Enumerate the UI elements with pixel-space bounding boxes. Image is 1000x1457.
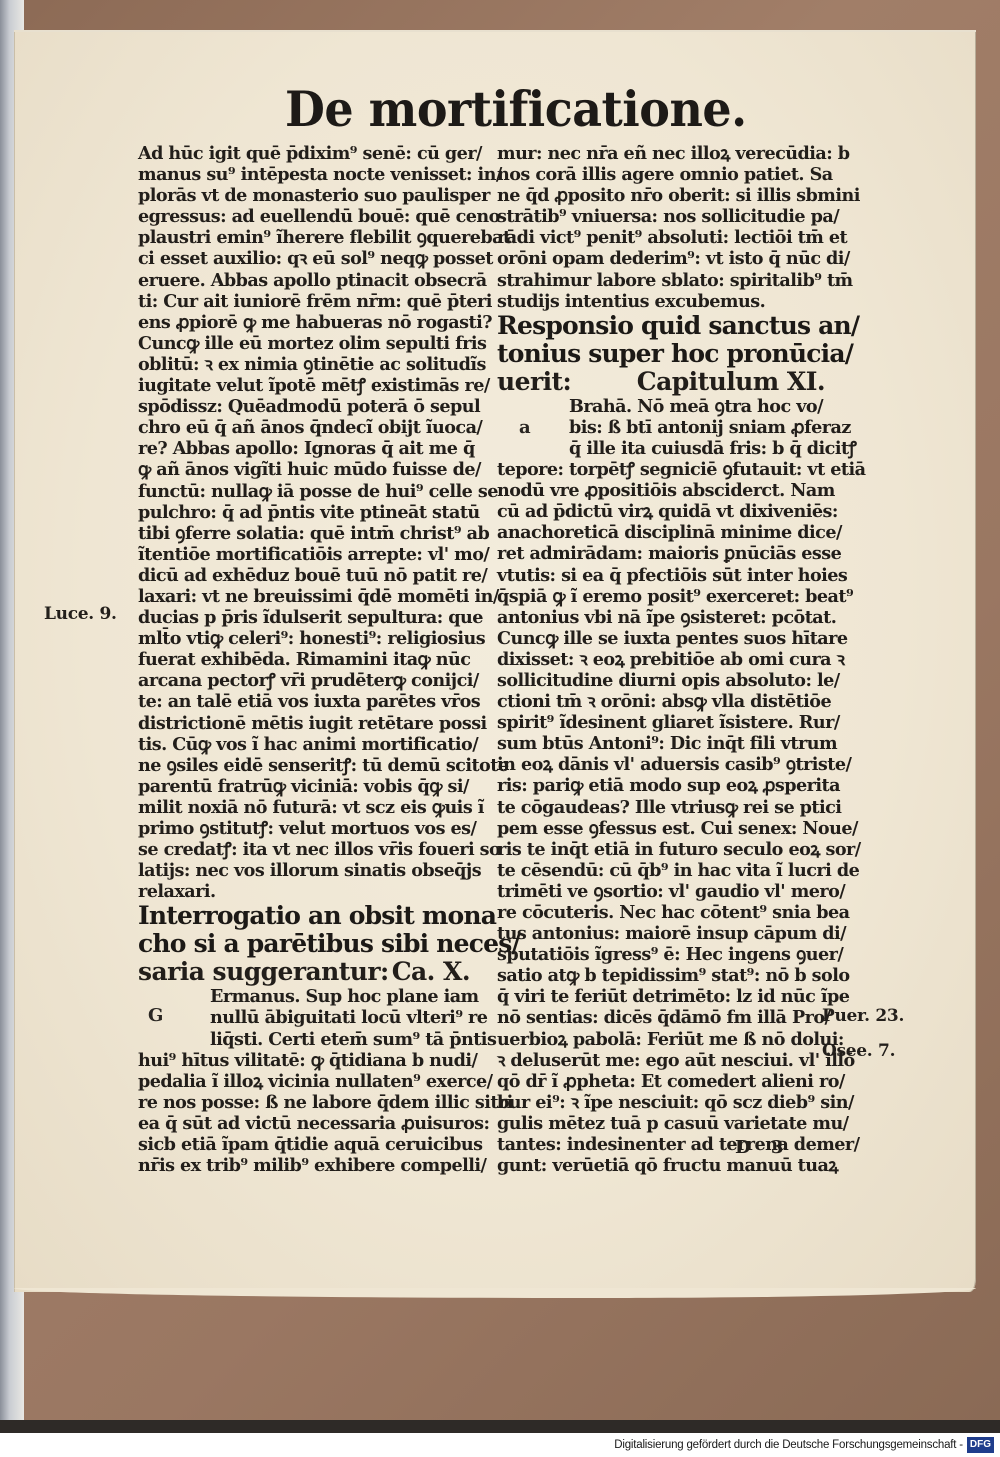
text-line: ci esset auxilio: qꝛ eū sol⁹ neqꝙ posset <box>138 248 470 269</box>
text-line: Ermanus. Sup hoc plane iam <box>138 986 470 1007</box>
text-line: antonius vbi nā ĩpe ꝯsisteret: pcōtat. <box>497 607 825 628</box>
text-line: G nullū ābiguitati locū vlteri⁹ re <box>138 1007 470 1028</box>
chapter-number: Ca. X. <box>392 958 470 986</box>
text-line: ĩtentiōe mortificatiōis arrepte: vl' mo/ <box>138 544 470 565</box>
text-line: oblitū: ꝛ ex nimia ꝯtinētie ac solitudĩs <box>138 354 470 375</box>
text-line: q̄spiā ꝙ ĩ eremo posit⁹ exerceret: beat⁹ <box>497 586 825 607</box>
text-line: ris: pariꝙ etiā modo sup eoꝝ ꝓsperita <box>497 775 825 796</box>
text-line: tepore: torpētꝭ segniciē ꝯfutauit: vt et… <box>497 459 825 480</box>
text-line: Ad hūc igit quē p̄dixim⁹ senē: cū ger/ <box>138 143 470 164</box>
text-line: pulchro: q̄ ad p̄ntis vite ptineāt statū <box>138 502 470 523</box>
text-line: q̄ ille ita cuiusdā fris: b q̄ dicitꝭ <box>497 438 825 459</box>
text-line: gunt: verūetiā qō fructu manuū tuaꝝ <box>497 1155 825 1176</box>
text-line: milit noxiā nō futurā: vt scz eis ꝙuis ĩ <box>138 797 470 818</box>
text-line: cū ad p̄dictū virꝝ quidā vt dixiveniēs: <box>497 501 825 522</box>
chapter-heading-line: saria suggerantur: <box>138 958 389 986</box>
text-line: ne q̄d ꝓposito nr̄o oberit: si illis sbm… <box>497 185 825 206</box>
margin-note-luke: Luce. 9. <box>44 604 117 624</box>
margin-note-hosea: Osee. 7. <box>822 1041 895 1061</box>
text-line-content: nullū ābiguitati locū vlteri⁹ re <box>210 1007 487 1028</box>
scanned-book-page: ​ De mortificatione. Ad hūc igit quē p̄d… <box>0 0 1000 1433</box>
text-line: gulis mētez tuā p casuū varietate mu/ <box>497 1113 825 1134</box>
text-line: vtutis: si ea q̄ pfectiōis sūt inter hoi… <box>497 565 825 586</box>
text-line: Brahā. Nō meā ꝯtra hoc vo/ <box>497 396 825 417</box>
text-line: in eoꝝ dānis vl' aduersis casib⁹ ꝯtriste… <box>497 754 825 775</box>
guide-letter: a <box>519 417 530 438</box>
text-line: arcana pectorꝭ vr̄i prudēterꝙ conijci/ <box>138 670 470 691</box>
margin-note-proverbs: Puer. 23. <box>822 1006 904 1026</box>
text-line-content: bis: ß btī antonij sniam ꝓferaz <box>569 417 851 438</box>
text-line: ris te inq̄t etiā in futuro seculo eoꝝ s… <box>497 839 825 860</box>
text-line: laxari: vt ne breuissimi q̄dē momēti in/ <box>138 586 470 607</box>
text-line: studijs intentius excubemus. <box>497 291 825 312</box>
text-line: eruere. Abbas apollo ptinacit obsecrā <box>138 270 470 291</box>
text-line: trimēti ve ꝯsortio: vl' gaudio vl' mero/ <box>497 881 825 902</box>
text-line: ctioni tm̄ ꝛ orōni: absꝙ vlla distētiōe <box>497 691 825 712</box>
text-line: satio atꝙ b tepidissim⁹ stat⁹: nō b solo <box>497 965 825 986</box>
text-line: ꝙ añ ānos vigĩti huic mūdo fuisse de/ <box>138 459 470 480</box>
text-line-content: liq̄sti. Certi etem̄ sum⁹ tā p̄ntis <box>210 1029 496 1050</box>
right-text-column: mur: nec nr̄a eñ nec illoꝝ verecūdia: b … <box>497 143 825 1176</box>
text-line: tus antonius: maiorē insup cāpum di/ <box>497 923 825 944</box>
signature-mark: D 3 <box>735 1137 783 1158</box>
chapter-heading-line: tonius super hoc pronūcia/ <box>497 340 825 368</box>
text-line: orōni opam dederim⁹: vt isto q̄ nūc di/ <box>497 248 825 269</box>
text-line: mlt̄o vtiꝙ celeri⁹: honesti⁹: religiosiu… <box>138 628 470 649</box>
text-line: liq̄sti. Certi etem̄ sum⁹ tā p̄ntis <box>138 1029 470 1050</box>
chapter-heading-line: uerit: <box>497 368 571 396</box>
text-line: q̄ viri te feriūt detrimēto: lz id nūc ĩ… <box>497 986 825 1007</box>
text-line: relaxari. <box>138 881 470 902</box>
text-line: re cōcuteris. Nec hac cōtent⁹ snia bea <box>497 902 825 923</box>
guide-letter: G <box>148 1005 163 1026</box>
text-line: ea q̄ sūt ad victū necessaria ꝓuisuros: <box>138 1113 470 1134</box>
text-line: strahimur labore sblato: spiritalib⁹ tm̄ <box>497 270 825 291</box>
text-line: dixisset: ꝛ eoꝝ prebitiōe ab omi cura ꝛ <box>497 649 825 670</box>
text-line: ducias p p̄ris ĩdulserit sepultura: que <box>138 607 470 628</box>
text-line: qō dr̄ ĩ ꝓpheta: Et comedert alieni ro/ <box>497 1071 825 1092</box>
text-line: parentū fratrūꝙ viciniā: vobis q̄ꝙ si/ <box>138 776 470 797</box>
text-line: pedalia ĩ illoꝝ vicinia nullaten⁹ exerce… <box>138 1071 470 1092</box>
text-line: Cuncꝙ ille eū mortez olim sepulti fris <box>138 333 470 354</box>
text-line: Cuncꝙ ille se iuxta pentes suos hītare <box>497 628 825 649</box>
text-line: nr̄is ex trib⁹ milib⁹ exhibere compelli/ <box>138 1155 470 1176</box>
text-line: dicū ad exhēduz bouē tuū nō patit re/ <box>138 565 470 586</box>
chapter-heading-row: saria suggerantur: Ca. X. <box>138 958 470 986</box>
text-line: sum btūs Antoni⁹: Dic inq̄t fili vtrum <box>497 733 825 754</box>
funding-credit: Digitalisierung gefördert durch die Deut… <box>614 1439 963 1451</box>
text-line: bur ei⁹: ꝛ ĩpe nesciuit: qō scz dieb⁹ si… <box>497 1092 825 1113</box>
text-line: sputatiōis ĩgress⁹ ē: Hec ingens ꝯuer/ <box>497 944 825 965</box>
dfg-logo: DFG <box>967 1437 994 1453</box>
text-line: functū: nullaꝙ iā posse de hui⁹ celle se <box>138 481 470 502</box>
text-line: latijs: nec vos illorum sinatis obseq̄js <box>138 860 470 881</box>
text-line: rādi vict⁹ penit⁹ absoluti: lectiōi tm̄ … <box>497 227 825 248</box>
text-line-content: Ermanus. Sup hoc plane iam <box>210 986 479 1007</box>
text-line: nos corā illis agere omnio patiet. Sa <box>497 164 825 185</box>
left-text-column: Ad hūc igit quē p̄dixim⁹ senē: cū ger/ m… <box>138 143 470 1176</box>
text-line-content: q̄ ille ita cuiusdā fris: b q̄ dicitꝭ <box>569 438 856 459</box>
text-line: pem esse ꝯfessus est. Cui senex: Noue/ <box>497 818 825 839</box>
text-line: plorās vt de monasterio suo paulisper <box>138 185 470 206</box>
text-line: ens ꝓpiorē ꝙ me habueras nō rogasti? <box>138 312 470 333</box>
chapter-number: Capitulum XI. <box>637 368 825 396</box>
chapter-heading-line: Responsio quid sanctus an/ <box>497 312 825 340</box>
text-line: ꝛ deluserūt me: ego aūt nesciui. vl' ill… <box>497 1050 825 1071</box>
text-line: nodū vre ꝓpositiōis absciderct. Nam <box>497 480 825 501</box>
text-line: ret admirādam: maioris ꝑnūciās esse <box>497 543 825 564</box>
text-line: primo ꝯstitutꝭ: velut mortuos vos es/ <box>138 818 470 839</box>
text-line: iugitate velut ĩpotē mētꝭ existimās re/ <box>138 375 470 396</box>
text-line: strātib⁹ vniuersa: nos sollicitudie pa/ <box>497 206 825 227</box>
chapter-heading-line: cho si a parētibus sibi neces/ <box>138 930 470 958</box>
text-line: egressus: ad euellendū bouē: quē ceno <box>138 206 470 227</box>
text-line: uerbioꝝ pabolā: Feriūt me ß nō dolui: <box>497 1029 825 1050</box>
text-line: ne ꝯsiles eidē senseritꝭ: tū demū scitot… <box>138 755 470 776</box>
text-line: chro eū q̄ añ ānos q̄ndecĩ obijt ĩuoca/ <box>138 417 470 438</box>
text-line: sicb etiā ĩpam q̄tidie aquā ceruicibus <box>138 1134 470 1155</box>
digitization-footer: Digitalisierung gefördert durch die Deut… <box>0 1433 1000 1457</box>
chapter-heading-line: Interrogatio an obsit mona <box>138 902 470 930</box>
text-line: spōdissz: Quēadmodū poterā ō sepul <box>138 396 470 417</box>
text-line: manus su⁹ intēpesta nocte venisset: in/ <box>138 164 470 185</box>
text-line: re nos posse: ß ne labore q̄dem illic si… <box>138 1092 470 1113</box>
text-line: hui⁹ hītus vilitatē: ꝙ q̄tidiana b nudi/ <box>138 1050 470 1071</box>
text-line: districtionē mētis iugit retētare possi <box>138 713 470 734</box>
text-line: ti: Cur ait iuniorē frēm nr̄m: quē p̄ter… <box>138 291 470 312</box>
text-line-content: Brahā. Nō meā ꝯtra hoc vo/ <box>569 396 823 417</box>
chapter-heading-row: uerit: Capitulum XI. <box>497 368 825 396</box>
text-line: anachoreticā disciplinā minime dice/ <box>497 522 825 543</box>
text-line: sollicitudine diurni opis absoluto: le/ <box>497 670 825 691</box>
text-line: spirit⁹ ĩdesinent gliaret ĩsistere. Rur/ <box>497 712 825 733</box>
text-line: a bis: ß btī antonij sniam ꝓferaz <box>497 417 825 438</box>
text-line: nō sentias: dicēs q̄dāmō fm illā Pro/ <box>497 1007 825 1028</box>
text-line: te: an talē etiā vos iuxta parētes vr̄os <box>138 691 470 712</box>
text-line: tibi ꝯferre solatia: quē intm̄ christ⁹ a… <box>138 523 470 544</box>
text-line: fuerat exhibēda. Rimamini itaꝙ nūc <box>138 649 470 670</box>
text-line: mur: nec nr̄a eñ nec illoꝝ verecūdia: b <box>497 143 825 164</box>
text-line: te cōgaudeas? Ille vtriusꝙ rei se ptici <box>497 797 825 818</box>
text-line: plaustri emin⁹ ĩherere flebilit ꝯquereba… <box>138 227 470 248</box>
text-line: se credatꝭ: ita vt nec illos vr̄is fouer… <box>138 839 470 860</box>
running-title: De mortificatione. <box>285 81 747 138</box>
text-line: re? Abbas apollo: Ignoras q̄ ait me q̄ <box>138 438 470 459</box>
text-line: te cēsendū: cū q̄b⁹ in hac vita ĩ lucri … <box>497 860 825 881</box>
text-line: tis. Cūꝙ vos ĩ hac animi mortificatio/ <box>138 734 470 755</box>
